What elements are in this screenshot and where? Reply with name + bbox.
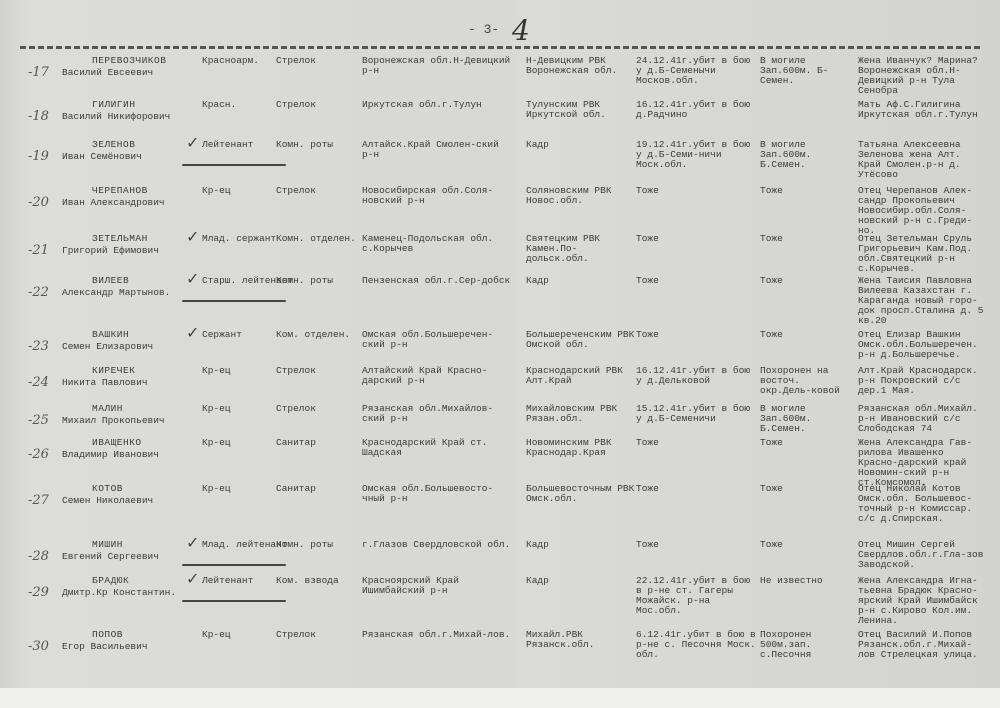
position: Стрелок [276, 366, 316, 376]
burial-place: В могиле Зап.600м. Б.Семен. [760, 140, 850, 170]
draft-office: Кадр [526, 140, 636, 150]
fate: 19.12.41г.убит в бою у д.Б-Семи-ничи Мос… [636, 140, 756, 170]
position: Комн. роты [276, 140, 333, 150]
surname: ВАШКИН [92, 330, 129, 340]
draft-office: Кадр [526, 540, 636, 550]
rank: Лейтенант [202, 576, 253, 586]
draft-office: Михайловским РВК Рязан.обл. [526, 404, 636, 424]
row-number: -23 [28, 342, 49, 352]
draft-office: Н-Девицким РВК Воронежская обл. [526, 56, 636, 76]
draft-office: Михайл.РВК Рязанск.обл. [526, 630, 636, 650]
burial-place: Тоже [760, 186, 850, 196]
position: Санитар [276, 484, 316, 494]
given-name: Григорий Ефимович [62, 246, 159, 256]
given-name: Александр Мартынов. [62, 288, 170, 298]
draft-office: Соляновским РВК Новос.обл. [526, 186, 636, 206]
header-divider [20, 46, 980, 49]
surname: ПЕРЕВОЗЧИКОВ [92, 56, 166, 66]
birthplace: г.Глазов Свердловской обл. [362, 540, 512, 550]
handwritten-page-number: 4 [512, 14, 530, 47]
fate: Тоже [636, 330, 756, 340]
given-name: Дмитр.Кр Константин. [62, 588, 176, 598]
birthplace: Воронежская обл.Н-Девицкий р-н [362, 56, 512, 76]
document-page: - 3- 4 -17ПЕРЕВОЗЧИКОВВасилий ЕвсеевичКр… [0, 0, 1000, 708]
position: Комн. роты [276, 540, 333, 550]
birthplace: Омская обл.Большевосто-чный р-н [362, 484, 512, 504]
fate: Тоже [636, 540, 756, 550]
rank: Млад. сержант [202, 234, 276, 244]
next-of-kin: Жена Александра Игна-тьевна Брадюк Красн… [858, 576, 988, 626]
fate: Тоже [636, 438, 756, 448]
burial-place: В могиле Зап.600м. Б-Семен. [760, 56, 850, 86]
next-of-kin: Отец Мишин Сергей Свердлов.обл.г.Гла-зов… [858, 540, 988, 570]
birthplace: Каменец-Подольская обл. с.Корычев [362, 234, 512, 254]
fate: 22.12.41г.убит в бою в р-не ст. Гагеры М… [636, 576, 756, 616]
row-number: -27 [28, 496, 49, 506]
next-of-kin: Жена Александра Гав-рилова Ивашенко Крас… [858, 438, 988, 488]
surname: МИШИН [92, 540, 123, 550]
given-name: Никита Павлович [62, 378, 148, 388]
next-of-kin: Отец Черепанов Алек-сандр Прокопьевич Но… [858, 186, 988, 236]
birthplace: Алтайский Край Красно-дарский р-н [362, 366, 512, 386]
burial-place: Не известно [760, 576, 850, 586]
next-of-kin: Отец Василий И.Попов Рязанск.обл.г.Михай… [858, 630, 988, 660]
pencil-underline [182, 300, 286, 302]
birthplace: Краснодарский Край ст. Шадская [362, 438, 512, 458]
rank: Кр-ец [202, 366, 231, 376]
fate: 24.12.41г.убит в бою у д.Б-Семенычи Моск… [636, 56, 756, 86]
surname: БРАДЮК [92, 576, 129, 586]
position: Стрелок [276, 404, 316, 414]
rank: Кр-ец [202, 630, 231, 640]
given-name: Иван Семёнович [62, 152, 142, 162]
burial-place: Тоже [760, 484, 850, 494]
burial-place: Тоже [760, 438, 850, 448]
next-of-kin: Мать Аф.С.Гилигина Иркутская обл.г.Тулун [858, 100, 988, 120]
burial-place: Похоронен на восточ. окр.Дель-ковой [760, 366, 850, 396]
surname: МАЛИН [92, 404, 123, 414]
surname: КОТОВ [92, 484, 123, 494]
burial-place: Тоже [760, 276, 850, 286]
fate: Тоже [636, 234, 756, 244]
row-number: -21 [28, 246, 49, 256]
next-of-kin: Рязанская обл.Михайл. р-н Ивановский с/с… [858, 404, 988, 434]
row-number: -25 [28, 416, 49, 426]
given-name: Евгений Сергеевич [62, 552, 159, 562]
birthplace: Рязанская обл.г.Михай-лов. [362, 630, 512, 640]
surname: ПОПОВ [92, 630, 123, 640]
rank: Сержант [202, 330, 242, 340]
checkmark-icon: ✓ [186, 538, 199, 548]
position: Стрелок [276, 186, 316, 196]
given-name: Василий Евсеевич [62, 68, 153, 78]
draft-office: Святецким РВК Камен.По-дольск.обл. [526, 234, 636, 264]
given-name: Василий Никифорович [62, 112, 170, 122]
draft-office: Новоминским РВК Краснодар.Края [526, 438, 636, 458]
fate: Тоже [636, 276, 756, 286]
row-number: -19 [28, 152, 49, 162]
surname: КИРЕЧЕК [92, 366, 135, 376]
draft-office: Тулунским РВК Иркутской обл. [526, 100, 636, 120]
rank: Красноарм. [202, 56, 259, 66]
next-of-kin: Отец Николай Котов Омск.обл. Большевос-т… [858, 484, 988, 524]
surname: ГИЛИГИН [92, 100, 135, 110]
row-number: -17 [28, 68, 49, 78]
row-number: -29 [28, 588, 49, 598]
position: Стрелок [276, 100, 316, 110]
position: Ком. отделен. [276, 330, 350, 340]
draft-office: Большереченским РВК Омской обл. [526, 330, 636, 350]
draft-office: Краснодарский РВК Алт.Край [526, 366, 636, 386]
rank: Кр-ец [202, 186, 231, 196]
given-name: Владимир Иванович [62, 450, 159, 460]
surname: ЗЕЛЕНОВ [92, 140, 135, 150]
burial-place: В могиле Зап.600м. Б.Семен. [760, 404, 850, 434]
position: Комн. роты [276, 276, 333, 286]
rank: Кр-ец [202, 404, 231, 414]
draft-office: Кадр [526, 276, 636, 286]
birthplace: Рязанская обл.Михайлов-ский р-н [362, 404, 512, 424]
pencil-underline [182, 164, 286, 166]
rank: Млад. лейтенант [202, 540, 288, 550]
pencil-underline [182, 600, 286, 602]
given-name: Иван Александрович [62, 198, 165, 208]
surname: ИВАЩЕНКО [92, 438, 142, 448]
surname: ЗЕТЕЛЬМАН [92, 234, 148, 244]
burial-place: Похоронен 500м.зап. с.Песочня [760, 630, 850, 660]
given-name: Семен Елизарович [62, 342, 153, 352]
row-number: -22 [28, 288, 49, 298]
checkmark-icon: ✓ [186, 574, 199, 584]
row-number: -24 [28, 378, 49, 388]
fate: 16.12.41г.убит в бою у д.Дельковой [636, 366, 756, 386]
rank: Кр-ец [202, 438, 231, 448]
position: Стрелок [276, 630, 316, 640]
fate: 6.12.41г.убит в бою в р-не с. Песочня Мо… [636, 630, 756, 660]
rank: Кр-ец [202, 484, 231, 494]
row-number: -26 [28, 450, 49, 460]
burial-place: Тоже [760, 540, 850, 550]
page-number: - 3- [468, 22, 499, 37]
checkmark-icon: ✓ [186, 138, 199, 148]
birthplace: Пензенская обл.г.Сер-добск [362, 276, 512, 286]
birthplace: Красноярский Край Ишимбайский р-н [362, 576, 512, 596]
burial-place: Тоже [760, 234, 850, 244]
row-number: -28 [28, 552, 49, 562]
position: Санитар [276, 438, 316, 448]
next-of-kin: Отец Зетельман Сруль Григорьевич Кам.Под… [858, 234, 988, 274]
next-of-kin: Жена Иванчук? Марина? Воронежская обл.Н-… [858, 56, 988, 96]
row-number: -30 [28, 642, 49, 652]
given-name: Егор Васильевич [62, 642, 148, 652]
next-of-kin: Татьяна Алексеевна Зеленова жена Алт. Кр… [858, 140, 988, 180]
checkmark-icon: ✓ [186, 328, 199, 338]
row-number: -20 [28, 198, 49, 208]
fate: Тоже [636, 186, 756, 196]
draft-office: Кадр [526, 576, 636, 586]
given-name: Михаил Прокопьевич [62, 416, 165, 426]
given-name: Семен Николаевич [62, 496, 153, 506]
next-of-kin: Жена Таисия Павловна Вилеева Казахстан г… [858, 276, 988, 326]
birthplace: Омская обл.Большеречен-ский р-н [362, 330, 512, 350]
burial-place: Тоже [760, 330, 850, 340]
fate: 16.12.41г.убит в бою д.Радчино [636, 100, 756, 120]
position: Стрелок [276, 56, 316, 66]
next-of-kin: Отец Елизар Вашкин Омск.обл.Большеречен.… [858, 330, 988, 360]
next-of-kin: Алт.Край Краснодарск. р-н Покровский с/с… [858, 366, 988, 396]
checkmark-icon: ✓ [186, 274, 199, 284]
rank: Красн. [202, 100, 236, 110]
rank: Лейтенант [202, 140, 253, 150]
surname: ВИЛЕЕВ [92, 276, 129, 286]
fate: Тоже [636, 484, 756, 494]
checkmark-icon: ✓ [186, 232, 199, 242]
birthplace: Новосибирская обл.Соля-новский р-н [362, 186, 512, 206]
pencil-underline [182, 564, 286, 566]
birthplace: Алтайск.Край Смолен-ский р-н [362, 140, 512, 160]
row-number: -18 [28, 112, 49, 122]
fate: 15.12.41г.убит в бою у д.Б-Семеничи [636, 404, 756, 424]
position: Ком. взвода [276, 576, 339, 586]
draft-office: Большевосточным РВК Омск.обл. [526, 484, 636, 504]
birthplace: Иркутская обл.г.Тулун [362, 100, 512, 110]
surname: ЧЕРЕПАНОВ [92, 186, 148, 196]
position: Комн. отделен. [276, 234, 356, 244]
